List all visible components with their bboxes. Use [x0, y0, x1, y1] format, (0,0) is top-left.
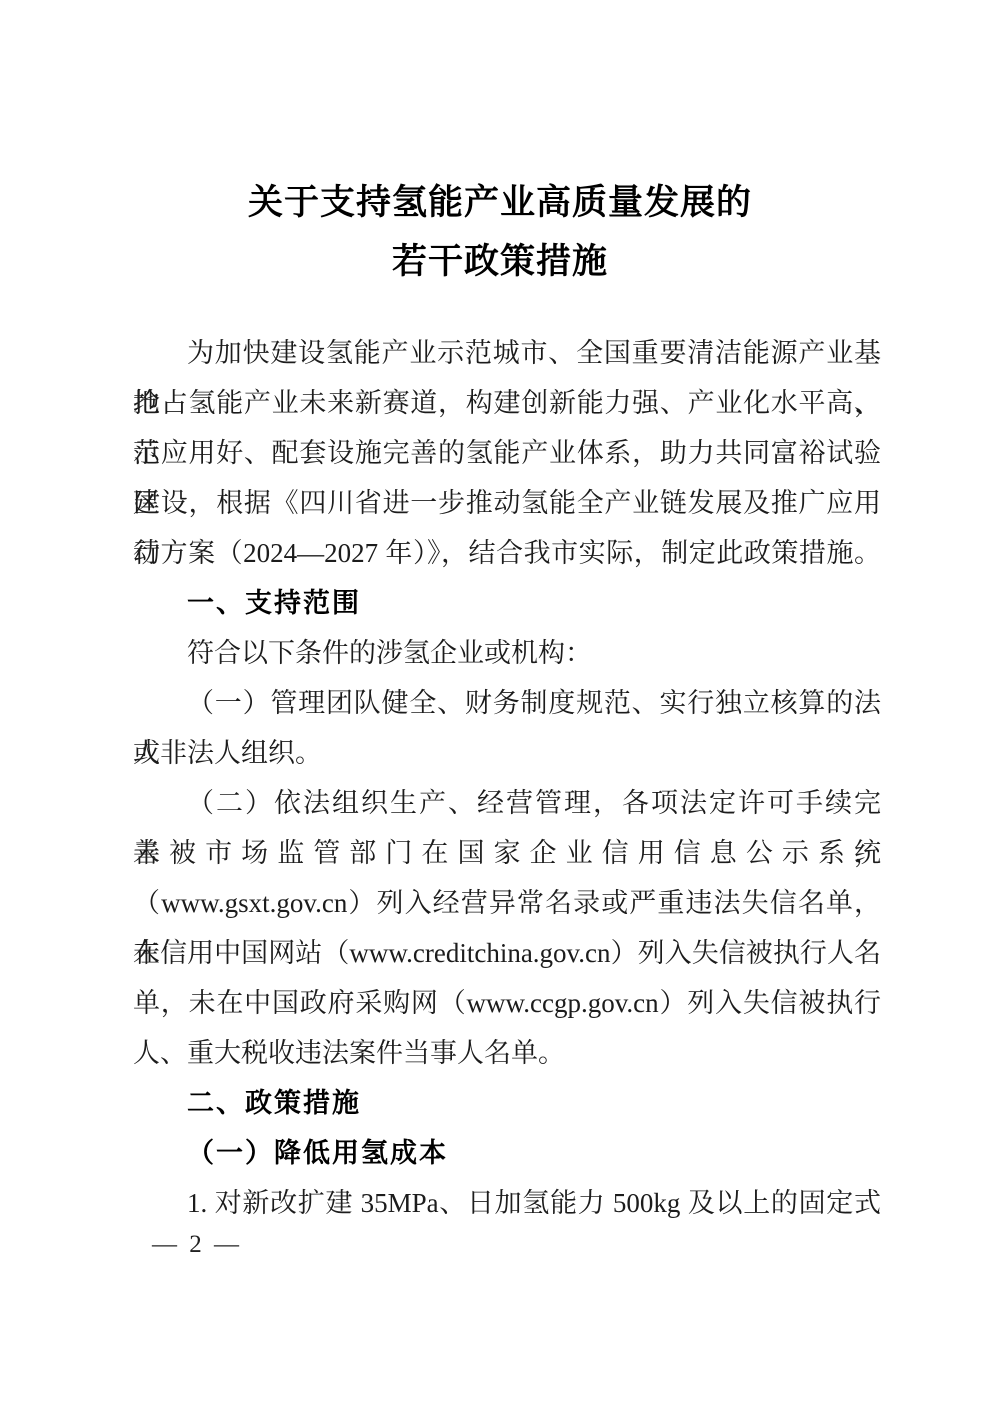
section-heading-policy-measures: 二、政策措施: [133, 1078, 881, 1128]
section-heading-support-scope: 一、支持范围: [133, 578, 881, 628]
text-line: （二）依法组织生产、经营管理，各项法定许可手续完善，: [133, 778, 881, 828]
title-line-2: 若干政策措施: [0, 232, 1000, 291]
text-line: （一）管理团队健全、财务制度规范、实行独立核算的法人: [133, 678, 881, 728]
document-body: 为加快建设氢能产业示范城市、全国重要清洁能源产业基地， 抢占氢能产业未来新赛道，…: [133, 328, 881, 1228]
document-title: 关于支持氢能产业高质量发展的 若干政策措施: [0, 173, 1000, 291]
text-line: 在信用中国网站（www.creditchina.gov.cn）列入失信被执行人名: [133, 928, 881, 978]
footer-page-number: — 2 —: [152, 1228, 242, 1262]
text-line: 人、重大税收违法案件当事人名单。: [133, 1028, 881, 1078]
text-line: 动方案（2024—2027 年）》，结合我市实际，制定此政策措施。: [133, 528, 881, 578]
text-line: 或非法人组织。: [133, 728, 881, 778]
text-line: 未被市场监管部门在国家企业信用信息公示系统: [133, 828, 881, 878]
text-line: 抢占氢能产业未来新赛道，构建创新能力强、产业化水平高、示: [133, 378, 881, 428]
title-line-1: 关于支持氢能产业高质量发展的: [0, 173, 1000, 232]
text-line: （www.gsxt.gov.cn）列入经营异常名录或严重违法失信名单，未: [133, 878, 881, 928]
text-line: 范应用好、配套设施完善的氢能产业体系，助力共同富裕试验区: [133, 428, 881, 478]
text-line: 单，未在中国政府采购网（www.ccgp.gov.cn）列入失信被执行: [133, 978, 881, 1028]
text-line: 1. 对新改扩建 35MPa、日加氢能力 500kg 及以上的固定式: [133, 1178, 881, 1228]
sub-heading-reduce-hydrogen-cost: （一）降低用氢成本: [133, 1128, 881, 1178]
text-line: 符合以下条件的涉氢企业或机构：: [133, 628, 881, 678]
document-page: 关于支持氢能产业高质量发展的 若干政策措施 为加快建设氢能产业示范城市、全国重要…: [0, 0, 1000, 1414]
text-line: 为加快建设氢能产业示范城市、全国重要清洁能源产业基地，: [133, 328, 881, 378]
text-line: 建设，根据《四川省进一步推动氢能全产业链发展及推广应用行: [133, 478, 881, 528]
